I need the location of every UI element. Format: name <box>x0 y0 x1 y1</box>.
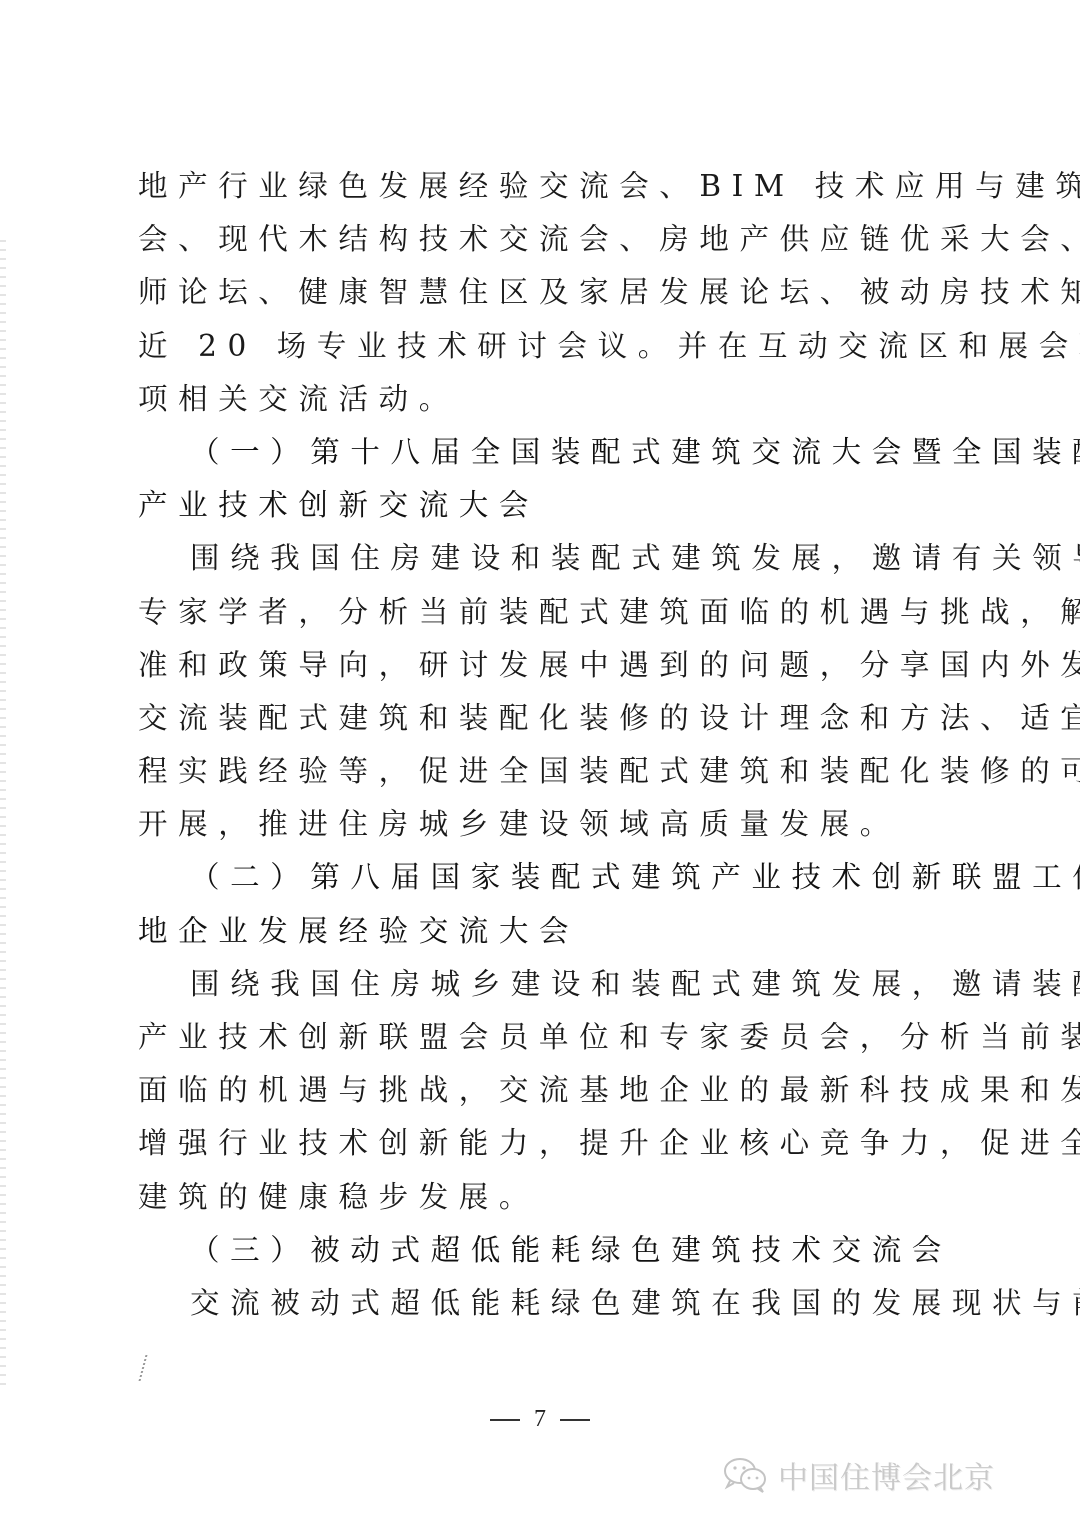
body-line: 专家学者，分析当前装配式建筑面临的机遇与挑战，解读技术标 <box>138 586 950 639</box>
section-heading-1-cont: 产业技术创新交流大会 <box>138 479 950 532</box>
body-line: 程实践经验等，促进全国装配式建筑和装配化装修的可持续健康 <box>138 745 950 798</box>
section-heading-1: （一）第十八届全国装配式建筑交流大会暨全国装配化装修 <box>138 426 950 479</box>
watermark: 中国住博会北京 <box>722 1453 995 1497</box>
document-page: 地产行业绿色发展经验交流会、BIM 技术应用与建筑信息化交流 会、现代木结构技术… <box>0 0 1080 1527</box>
body-line: 准和政策导向，研讨发展中遇到的问题，分享国内外发展经验， <box>138 639 950 692</box>
page-number-value: 7 <box>534 1406 546 1432</box>
body-line: 增强行业技术创新能力，提升企业核心竞争力，促进全国装配式 <box>138 1117 950 1170</box>
body-line: 地产行业绿色发展经验交流会、BIM 技术应用与建筑信息化交流 <box>138 160 950 213</box>
page-number-dash-left <box>490 1419 520 1421</box>
body-line: 会、现代木结构技术交流会、房地产供应链优采大会、新锐设计 <box>138 213 950 266</box>
body-line: 围绕我国住房城乡建设和装配式建筑发展，邀请装配式建筑 <box>138 958 950 1011</box>
body-line: 师论坛、健康智慧住区及家居发展论坛、被动房技术知识讲座等 <box>138 266 950 319</box>
watermark-text: 中国住博会北京 <box>778 1453 995 1497</box>
body-line: 项相关交流活动。 <box>138 373 950 426</box>
body-line: 近 20 场专业技术研讨会议。并在互动交流区和展会现场举办多 <box>138 320 950 373</box>
page-number: 7 <box>0 1406 1080 1433</box>
body-line: 开展，推进住房城乡建设领域高质量发展。 <box>138 798 950 851</box>
wechat-icon <box>722 1456 770 1494</box>
page-number-dash-right <box>560 1419 590 1421</box>
body-line: 建筑的健康稳步发展。 <box>138 1171 950 1224</box>
binding-hole-marks <box>0 240 6 1390</box>
section-heading-2: （二）第八届国家装配式建筑产业技术创新联盟工作会暨基 <box>138 851 950 904</box>
section-heading-2-cont: 地企业发展经验交流大会 <box>138 905 950 958</box>
body-line: 面临的机遇与挑战，交流基地企业的最新科技成果和发展经验， <box>138 1064 950 1117</box>
body-line: 产业技术创新联盟会员单位和专家委员会，分析当前装配式建筑 <box>138 1011 950 1064</box>
section-heading-3: （三）被动式超低能耗绿色建筑技术交流会 <box>138 1224 950 1277</box>
document-body: 地产行业绿色发展经验交流会、BIM 技术应用与建筑信息化交流 会、现代木结构技术… <box>138 160 950 1330</box>
body-line: 交流装配式建筑和装配化装修的设计理念和方法、适宜技术与工 <box>138 692 950 745</box>
scan-artifact-mark <box>139 1355 156 1381</box>
body-line: 交流被动式超低能耗绿色建筑在我国的发展现状与前景，重 <box>138 1277 950 1330</box>
body-line: 围绕我国住房建设和装配式建筑发展，邀请有关领导和知名 <box>138 532 950 585</box>
